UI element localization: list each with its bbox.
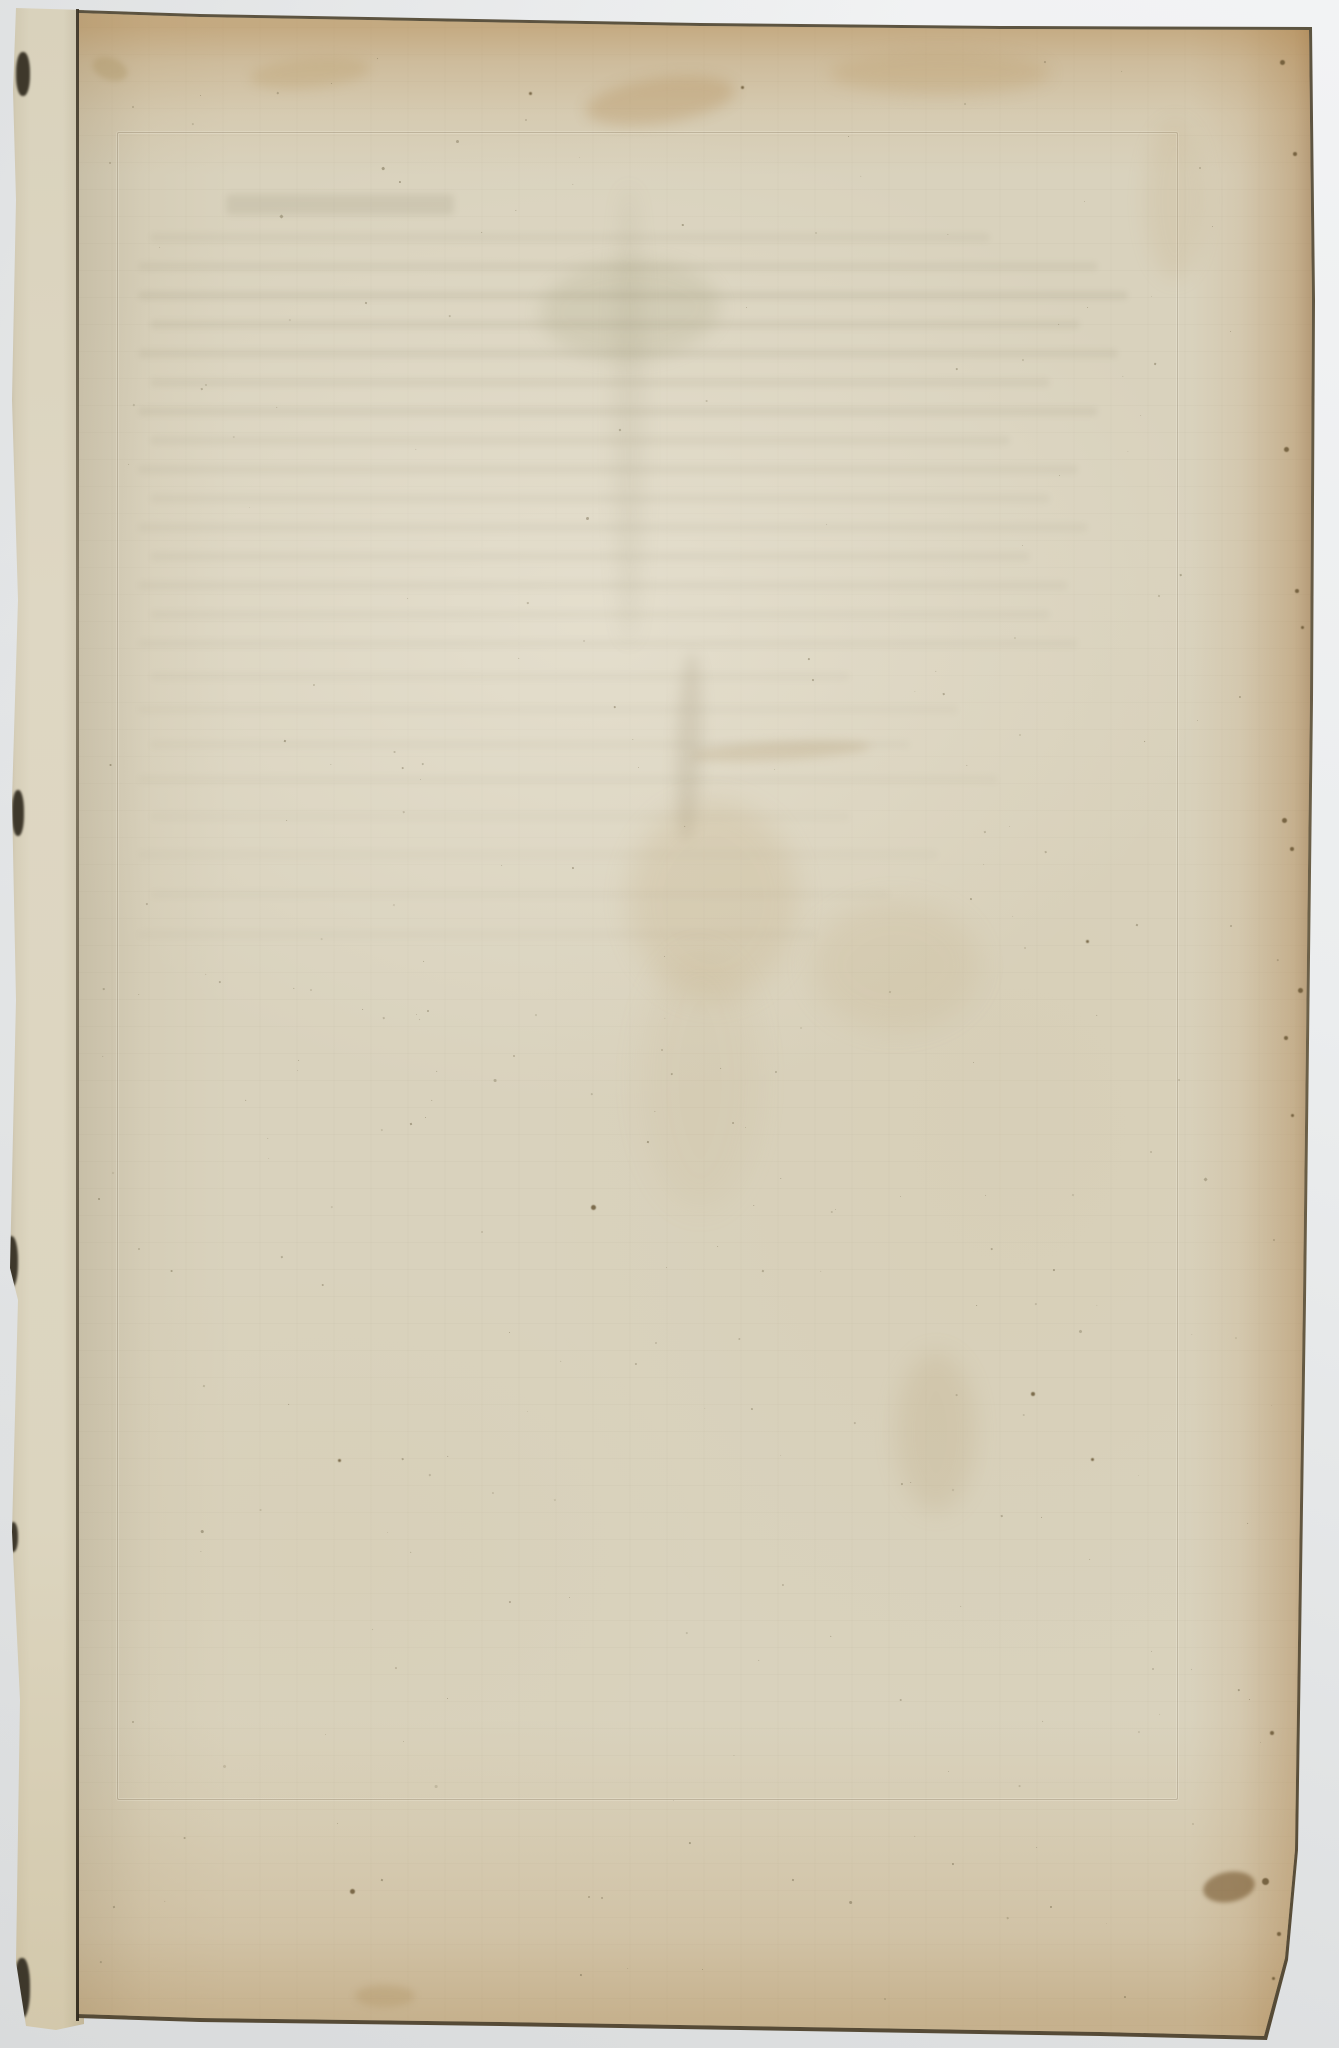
stain (614, 185, 644, 645)
paper-speck (983, 830, 985, 832)
paper-speck (900, 1196, 901, 1197)
paper-speck (775, 1071, 777, 1073)
foxing-spot (1091, 1458, 1094, 1461)
paper-speck (1180, 574, 1182, 576)
paper-speck (1235, 1337, 1237, 1339)
paper-speck (280, 1255, 282, 1257)
foxing-spot (1301, 626, 1304, 629)
paper-speck (1044, 61, 1046, 63)
foxing-spot (1277, 1932, 1281, 1936)
paper-speck (513, 1055, 515, 1057)
paper-speck (952, 1862, 954, 1864)
foxing-spot (529, 92, 532, 95)
paper-speck (792, 1879, 794, 1881)
stain (810, 900, 980, 1030)
paper-speck (233, 435, 235, 437)
paper-speck (976, 1304, 977, 1305)
paper-speck (288, 319, 290, 321)
paper-speck (1106, 1923, 1107, 1924)
paper-speck (192, 123, 194, 125)
paper-speck (200, 1529, 203, 1532)
paper-speck (1007, 1917, 1009, 1919)
ghost-text-line (138, 581, 1068, 590)
ghost-text-line (150, 378, 1050, 387)
paper-speck (853, 1421, 855, 1423)
paper-speck (1191, 1822, 1194, 1825)
paper-speck (673, 1800, 674, 1801)
paper-speck (1239, 696, 1241, 698)
paper-speck (1157, 595, 1159, 597)
paper-speck (1023, 1414, 1025, 1416)
paper-speck (380, 1879, 382, 1881)
paper-speck (587, 1895, 590, 1898)
paper-speck (1138, 1474, 1139, 1475)
stain (583, 68, 738, 133)
stain (1201, 1868, 1257, 1907)
foxing-spot (1262, 1878, 1269, 1885)
paper-speck (109, 162, 112, 165)
ghost-text-line (138, 850, 938, 859)
ghost-text-line (138, 523, 1088, 532)
stain (1145, 120, 1205, 280)
paper-speck (337, 1823, 338, 1824)
paper-speck (313, 684, 315, 686)
paper-speck (1273, 1239, 1275, 1241)
foxing-spot (1282, 818, 1287, 823)
paper-speck (990, 1247, 992, 1249)
paper-speck (380, 1129, 382, 1131)
paper-speck (580, 1974, 582, 1976)
paper-speck (884, 1998, 886, 2000)
paper-speck (1271, 1404, 1273, 1406)
paper-speck (1191, 1669, 1192, 1670)
paper-speck (455, 139, 459, 143)
paper-speck (98, 1198, 100, 1200)
paper-speck (1000, 1515, 1002, 1517)
paper-speck (634, 1362, 636, 1364)
paper-speck (849, 1901, 853, 1905)
paper-speck (626, 1967, 627, 1968)
stain (249, 53, 371, 93)
paper-speck (1078, 1329, 1082, 1333)
foxing-spot (591, 1205, 596, 1210)
paper-speck (131, 105, 134, 108)
photo-backdrop (0, 0, 1339, 2048)
paper-speck (102, 1055, 104, 1057)
paper-speck (1059, 475, 1060, 476)
paper-speck (751, 1408, 753, 1410)
ghost-text-line (150, 610, 1050, 619)
paper-speck (403, 810, 405, 812)
paper-speck (100, 1961, 102, 1963)
paper-speck (525, 119, 527, 121)
paper-speck (428, 1473, 430, 1475)
paper-speck (111, 1171, 114, 1174)
ghost-text-line (150, 552, 1030, 561)
paper-speck (200, 95, 201, 96)
foxing-spot (1291, 1114, 1294, 1117)
paper-speck (1123, 1996, 1126, 1999)
paper-speck (654, 1342, 657, 1345)
ghost-text-line (150, 233, 990, 242)
binding-crease-line (76, 9, 79, 2021)
stain (89, 53, 130, 86)
paper-speck (494, 1079, 497, 1082)
paper-speck (706, 400, 708, 402)
paper-speck (1277, 958, 1279, 960)
paper-speck (202, 1385, 204, 1387)
paper-speck (508, 1332, 509, 1333)
foxing-spot (1290, 847, 1294, 851)
foxing-spot (1086, 940, 1089, 943)
paper-speck (1036, 1846, 1038, 1848)
paper-speck (1178, 1079, 1180, 1081)
paper-speck (1014, 636, 1016, 638)
paper-speck (745, 307, 747, 309)
ghost-text-line (150, 494, 1050, 503)
stub-chip (4, 1236, 18, 1288)
paper-speck (267, 1158, 268, 1159)
paper-speck (963, 103, 966, 106)
paper-speck (632, 739, 634, 741)
paper-speck (1121, 70, 1123, 72)
paper-speck (1197, 720, 1198, 721)
foxing-spot (1298, 988, 1303, 993)
paper-speck (1204, 1178, 1208, 1182)
paper-speck (1238, 1689, 1240, 1691)
stain (640, 950, 760, 1210)
stub-chip (8, 1522, 18, 1552)
foxing-spot (1295, 589, 1299, 593)
stain (896, 1352, 976, 1512)
paper-speck (1260, 1741, 1262, 1743)
paper-speck (276, 92, 278, 94)
paper-speck (1049, 1906, 1051, 1908)
paper-speck (113, 1905, 116, 1908)
foxing-spot (350, 1889, 355, 1894)
paper-speck (1212, 226, 1213, 227)
paper-speck (900, 1699, 902, 1701)
paper-speck (688, 1842, 690, 1844)
paper-speck (686, 1632, 688, 1634)
ghost-text-line (138, 775, 998, 784)
foxing-spot (1280, 60, 1285, 65)
foxing-spot (741, 86, 744, 89)
paper-speck (110, 764, 112, 766)
stub-chip (16, 52, 30, 96)
paper-speck (702, 1969, 703, 1970)
ghost-text-line (138, 465, 1078, 474)
paper-speck (1230, 925, 1232, 927)
foxing-spot (1284, 447, 1289, 452)
paper-speck (283, 739, 285, 741)
paper-speck (745, 1126, 746, 1127)
paper-speck (601, 1897, 604, 1900)
ghost-text-line (150, 436, 1010, 445)
paper-speck (661, 1049, 663, 1051)
paper-speck (1150, 1151, 1152, 1153)
paper-speck (800, 1026, 802, 1028)
stub-chip (12, 790, 24, 836)
paper-speck (103, 988, 105, 990)
stain (830, 52, 1050, 94)
foxing-spot (1031, 1392, 1035, 1396)
paper-speck (733, 1755, 734, 1756)
ghost-text-line (138, 705, 958, 714)
stub-chip (14, 1958, 30, 2018)
ghost-text-line (150, 672, 850, 681)
paper-speck (171, 1270, 173, 1272)
foxing-spot (1270, 1731, 1274, 1735)
paper-speck (1249, 1699, 1250, 1700)
foxing-spot (1293, 152, 1297, 156)
paper-speck (1229, 331, 1231, 333)
foxing-spot (1272, 1977, 1275, 1980)
paper-sheet (0, 0, 1339, 2048)
foxing-spot (1284, 1036, 1288, 1040)
ghost-title-line (226, 194, 454, 215)
paper-speck (321, 1284, 323, 1286)
foxing-spot (338, 1459, 341, 1462)
paper-speck (164, 1901, 166, 1903)
paper-speck (137, 993, 139, 995)
stain (355, 1985, 415, 2007)
paper-speck (1191, 1334, 1192, 1335)
paper-speck (377, 58, 378, 59)
paper-speck (184, 1837, 186, 1839)
paper-speck (1247, 1523, 1249, 1525)
paper-speck (913, 1835, 915, 1837)
ghost-text-line (138, 639, 1078, 648)
